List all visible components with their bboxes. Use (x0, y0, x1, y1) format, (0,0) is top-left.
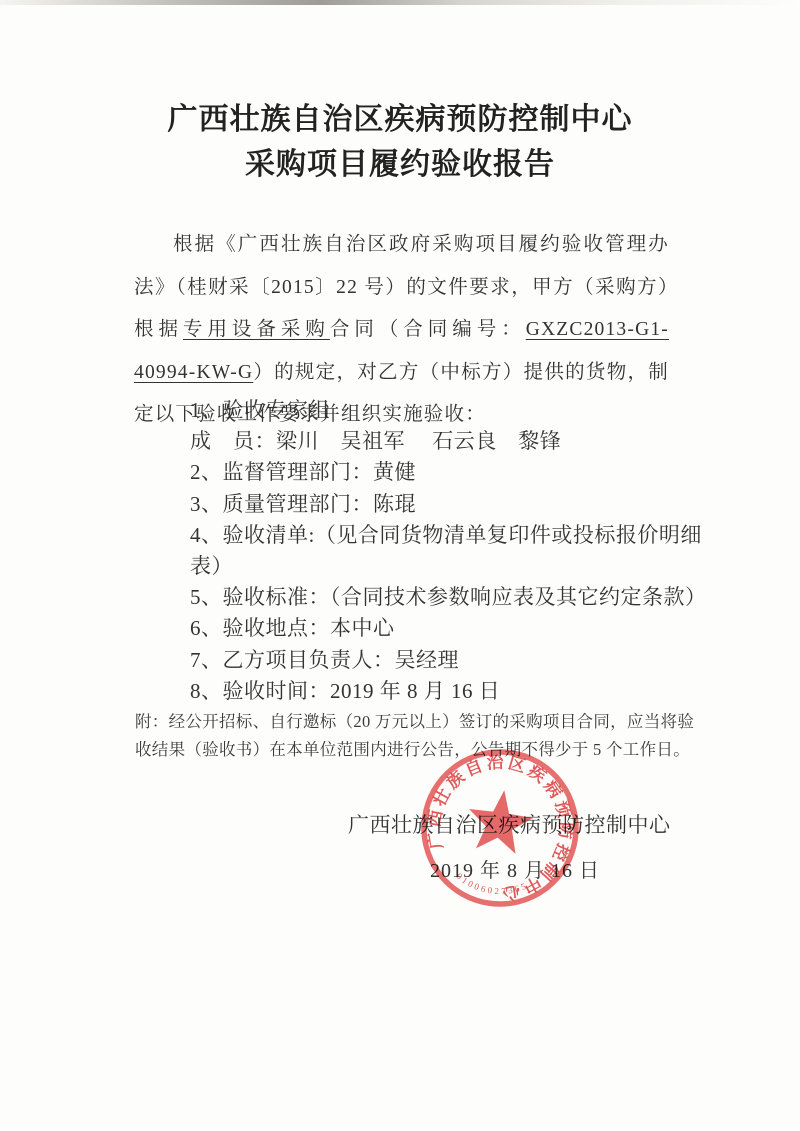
underlined-procurement-name: 专用设备采购 (183, 319, 330, 340)
list-item-standard: 5、验收标准：（合同技术参数响应表及其它约定条款） (190, 582, 710, 613)
list-item-checklist: 4、验收清单:（见合同货物清单复印件或投标报价明细表） (190, 520, 710, 582)
list-item-expert-group: 1、验收专家组 (190, 395, 710, 426)
report-title: 广西壮族自治区疾病预防控制中心 采购项目履约验收报告 (0, 97, 800, 187)
list-item-quality-dept: 3、质量管理部门：陈琨 (190, 489, 710, 520)
list-item-project-manager: 7、乙方项目负责人：吴经理 (190, 645, 710, 676)
footnote: 附：经公开招标、自行邀标（20 万元以上）签订的采购项目合同，应当将验收结果（验… (135, 708, 697, 764)
list-item-supervision-dept: 2、监督管理部门：黄健 (190, 457, 710, 488)
intro-text-2: 合同（合同编号： (330, 319, 526, 340)
list-item-acceptance-date: 8、验收时间：2019 年 8 月 16 日 (190, 676, 710, 707)
report-title-line2: 采购项目履约验收报告 (0, 142, 800, 187)
report-title-line1: 广西壮族自治区疾病预防控制中心 (0, 97, 800, 142)
acceptance-requirements-list: 1、验收专家组 成 员：梁川 吴祖军 石云良 黎锋 2、监督管理部门：黄健 3、… (190, 395, 710, 707)
list-item-location: 6、验收地点：本中心 (190, 613, 710, 644)
scanned-report-page: 广西壮族自治区疾病预防控制中心 采购项目履约验收报告 根据《广西壮族自治区政府采… (0, 0, 800, 1131)
official-seal: 广西壮族自治区疾病预防控制中心 01006027365 (398, 726, 601, 929)
red-star-icon (464, 786, 537, 856)
scan-edge-artifact (0, 0, 800, 5)
list-item-members: 成 员：梁川 吴祖军 石云良 黎锋 (190, 426, 710, 457)
